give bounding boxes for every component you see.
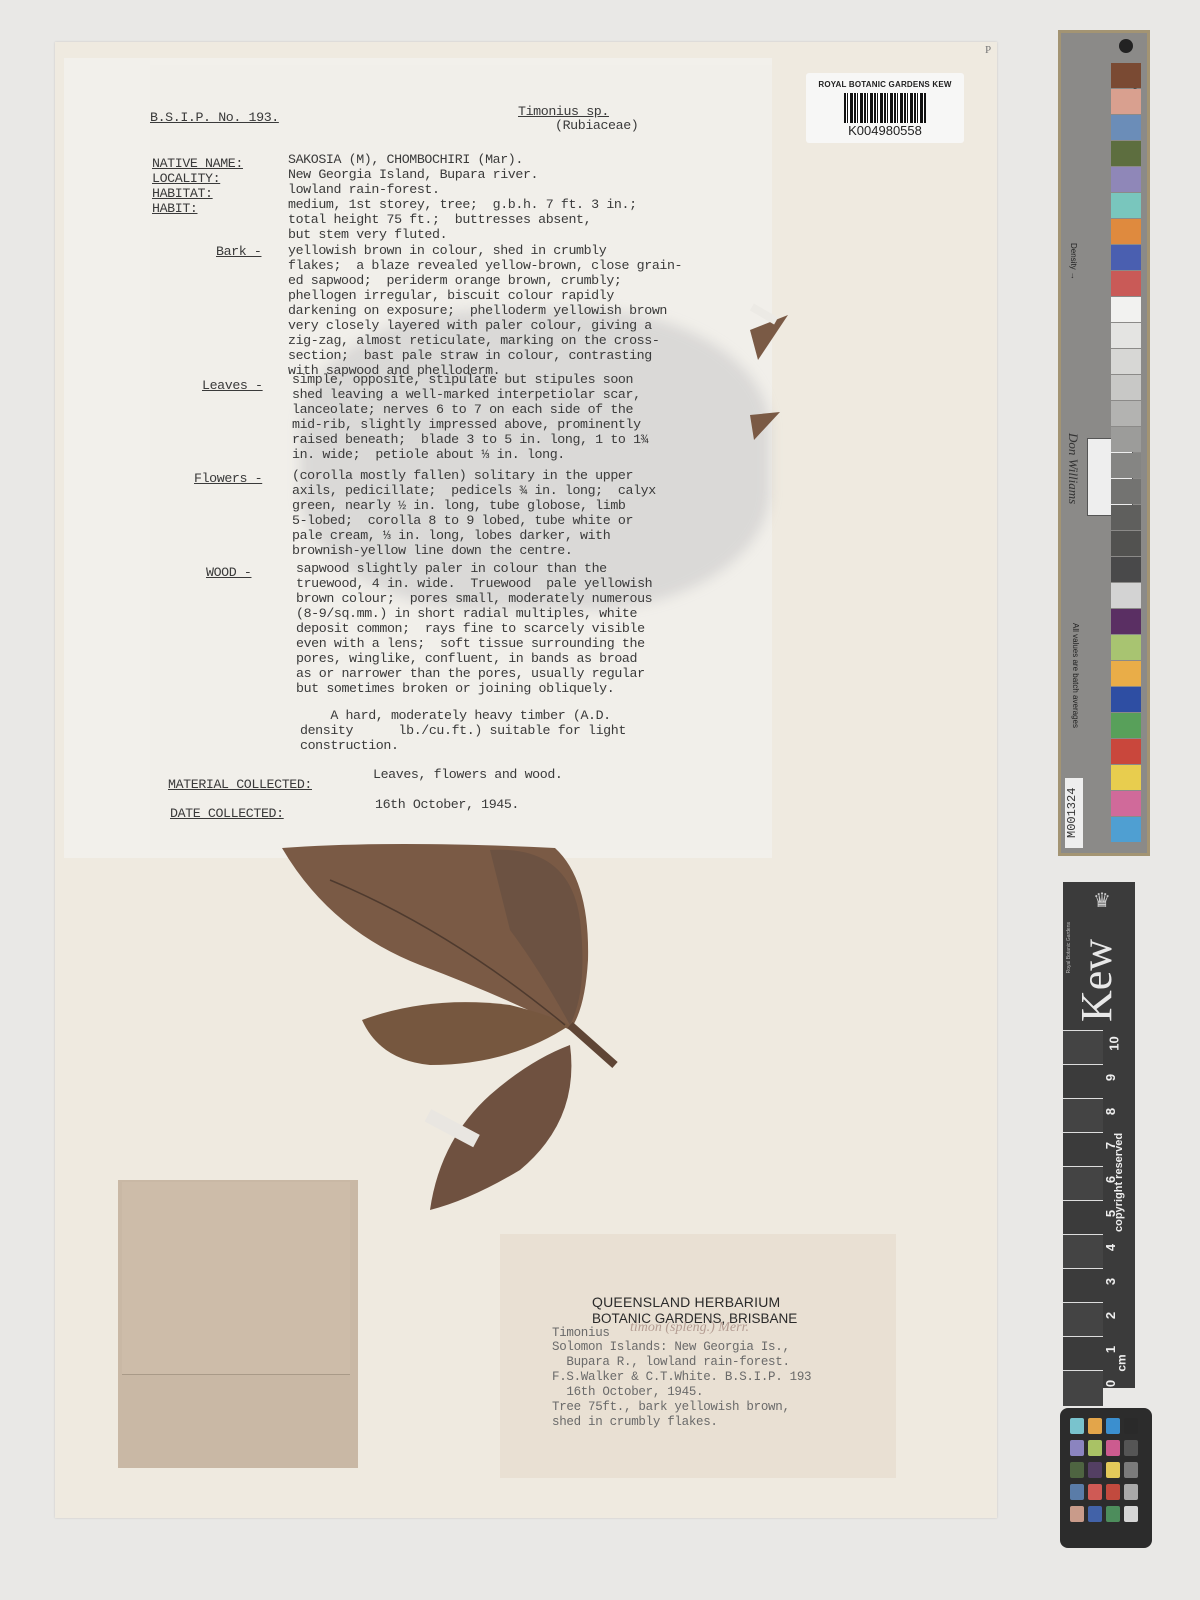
flowers-line: (corolla mostly fallen) solitary in the … — [292, 468, 633, 483]
leaves-line: mid-rib, slightly impressed above, promi… — [292, 417, 641, 432]
color-patch — [1111, 349, 1141, 374]
material-collected-label: MATERIAL COLLECTED: — [168, 777, 312, 792]
habit-line: total height 75 ft.; buttresses absent, — [288, 212, 591, 227]
bark-line: ed sapwood; periderm orange brown, crumb… — [288, 273, 622, 288]
color-patch — [1111, 401, 1141, 426]
bsip-number: B.S.I.P. No. 193. — [150, 110, 279, 125]
wood-line: truewood, 4 in. wide. Truewood pale yell… — [296, 576, 652, 591]
kew-copyright: copyright reserved — [1113, 1032, 1125, 1232]
ruler-number: 1 — [1103, 1346, 1118, 1353]
timber-line: A hard, moderately heavy timber (A.D. — [300, 708, 611, 723]
checker-patch — [1106, 1484, 1120, 1500]
checker-patch — [1106, 1506, 1120, 1522]
checker-patch — [1088, 1484, 1102, 1500]
field-value-habit: medium, 1st storey, tree; g.b.h. 7 ft. 3… — [288, 197, 637, 212]
color-patch — [1111, 271, 1141, 296]
checker-patch — [1106, 1418, 1120, 1434]
checker-grid — [1070, 1418, 1138, 1522]
color-calibration-strip: inches Density → Don Williams All values… — [1058, 30, 1150, 856]
strip-id: M001324 — [1065, 778, 1083, 848]
ruler-number: 6 — [1103, 1176, 1118, 1183]
bark-line: zig-zag, almost reticulate, marking on t… — [288, 333, 659, 348]
material-collected-value: Leaves, flowers and wood. — [373, 767, 563, 782]
bark-line: section; bast pale straw in colour, cont… — [288, 348, 652, 363]
color-patch — [1111, 687, 1141, 712]
color-patch — [1111, 609, 1141, 634]
leaves-line: shed leaving a well-marked interpetiolar… — [292, 387, 641, 402]
flowers-heading: Flowers - — [194, 471, 262, 486]
wood-line: but sometimes broken or joining obliquel… — [296, 681, 614, 696]
ruler-cell — [1063, 1166, 1103, 1202]
institution-name: ROYAL BOTANIC GARDENS KEW — [806, 80, 964, 89]
field-label-habitat: HABITAT: — [152, 186, 213, 201]
checker-patch — [1070, 1462, 1084, 1478]
kew-logo: Kew — [1071, 922, 1131, 1022]
checker-patch — [1106, 1440, 1120, 1456]
bark-line: darkening on exposure; phelloderm yellow… — [288, 303, 667, 318]
checker-patch — [1070, 1440, 1084, 1456]
date-collected-label: DATE COLLECTED: — [170, 806, 284, 821]
barcode-id: K004980558 — [806, 123, 964, 138]
strip-caption: All values are batch averages — [1071, 623, 1080, 728]
color-patch — [1111, 479, 1141, 504]
ruler-number: 10 — [1107, 1036, 1122, 1050]
wood-line: deposit common; rays fine to scarcely vi… — [296, 621, 645, 636]
color-patch — [1111, 505, 1141, 530]
color-patch — [1111, 193, 1141, 218]
color-patch — [1111, 583, 1141, 608]
ruler-number: 4 — [1103, 1244, 1118, 1251]
flowers-line: axils, pedicillate; pedicels ¾ in. long;… — [292, 483, 656, 498]
color-checker-card — [1060, 1408, 1152, 1548]
color-patch — [1111, 297, 1141, 322]
flowers-line: pale cream, ⅓ in. long, lobes darker, wi… — [292, 528, 610, 543]
ruler-cell — [1063, 1098, 1103, 1134]
wood-line: sapwood slightly paler in colour than th… — [296, 561, 607, 576]
field-label-habit: HABIT: — [152, 201, 197, 216]
checker-patch — [1070, 1506, 1084, 1522]
checker-patch — [1070, 1484, 1084, 1500]
ruler-cell — [1063, 1336, 1103, 1372]
bark-line: phellogen irregular, biscuit colour rapi… — [288, 288, 614, 303]
strip-hole-icon — [1119, 39, 1133, 53]
wood-line: brown colour; pores small, moderately nu… — [296, 591, 652, 606]
checker-patch — [1088, 1418, 1102, 1434]
wood-line: pores, winglike, confluent, in bands as … — [296, 651, 637, 666]
barcode-label: ROYAL BOTANIC GARDENS KEW K004980558 — [806, 73, 964, 143]
field-label-locality: LOCALITY: — [152, 171, 220, 186]
ruler-cell — [1063, 1064, 1103, 1100]
wood-line: (8-9/sq.mm.) in short radial multiples, … — [296, 606, 637, 621]
leaves-heading: Leaves - — [202, 378, 263, 393]
checker-patch — [1088, 1440, 1102, 1456]
ruler-number: 8 — [1103, 1108, 1118, 1115]
ql-line: Tree 75ft., bark yellowish brown, — [552, 1400, 790, 1415]
barcode-icon — [844, 93, 926, 123]
ruler-cell — [1063, 1302, 1103, 1338]
fragment-envelope — [118, 1180, 358, 1468]
color-patch — [1111, 791, 1141, 816]
ruler-cell — [1063, 1234, 1103, 1270]
strip-signature: Don Williams — [1065, 433, 1081, 504]
ql-line: F.S.Walker & C.T.White. B.S.I.P. 193 — [552, 1370, 811, 1385]
field-value-locality: New Georgia Island, Bupara river. — [288, 167, 538, 182]
color-patch — [1111, 167, 1141, 192]
checker-patch — [1124, 1418, 1138, 1434]
cm-ruler: 109876543210 — [1063, 1030, 1103, 1384]
color-patch — [1111, 453, 1141, 478]
queensland-herbarium-label: QUEENSLAND HERBARIUM BOTANIC GARDENS, BR… — [500, 1234, 896, 1478]
herbarium-heading: QUEENSLAND HERBARIUM — [592, 1294, 780, 1310]
ql-line: Bupara R., lowland rain-forest. — [552, 1355, 790, 1370]
kew-crest-icon: ♛ — [1089, 888, 1115, 914]
flowers-line: 5-lobed; corolla 8 to 9 lobed, tube whit… — [292, 513, 633, 528]
corner-mark: P — [985, 44, 991, 56]
color-patch — [1111, 635, 1141, 660]
color-patch — [1111, 557, 1141, 582]
flowers-line: green, nearly ½ in. long, tube globose, … — [292, 498, 626, 513]
color-patch — [1111, 63, 1141, 88]
leaves-line: lanceolate; nerves 6 to 7 on each side o… — [292, 402, 633, 417]
density-label: Density → — [1069, 243, 1078, 280]
ruler-number: 2 — [1103, 1312, 1118, 1319]
color-patch — [1111, 427, 1141, 452]
ruler-number: 9 — [1103, 1074, 1118, 1081]
leaves-line: in. wide; petiole about ⅓ in. long. — [292, 447, 565, 462]
leaf-tip-icon — [750, 300, 800, 450]
ql-line: shed in crumbly flakes. — [552, 1415, 718, 1430]
ql-line: 16th October, 1945. — [552, 1385, 703, 1400]
color-patch — [1111, 219, 1141, 244]
date-collected-value: 16th October, 1945. — [375, 797, 519, 812]
kew-scale-bar: ♛ Royal Botanic Gardens Kew copyright re… — [1063, 882, 1135, 1388]
field-value-native-name: SAKOSIA (M), CHOMBOCHIRI (Mar). — [288, 152, 523, 167]
color-patches — [1111, 63, 1141, 843]
wood-heading: WOOD - — [206, 565, 251, 580]
color-patch — [1111, 141, 1141, 166]
checker-patch — [1070, 1418, 1084, 1434]
checker-patch — [1124, 1484, 1138, 1500]
leaves-line: simple, opposite, stipulate but stipules… — [292, 372, 633, 387]
field-label-native-name: NATIVE NAME: — [152, 156, 243, 171]
ruler-number: 5 — [1103, 1210, 1118, 1217]
bark-line: yellowish brown in colour, shed in crumb… — [288, 243, 606, 258]
checker-patch — [1124, 1440, 1138, 1456]
ql-taxon: Timonius — [552, 1326, 610, 1341]
habit-line: but stem very fluted. — [288, 227, 447, 242]
ruler-number: 3 — [1103, 1278, 1118, 1285]
color-patch — [1111, 323, 1141, 348]
handwritten-annotation: timon (spleng.) Merr. — [630, 1320, 749, 1336]
checker-patch — [1106, 1462, 1120, 1478]
pressed-specimen-leaves-icon — [270, 820, 650, 1210]
flowers-line: brownish-yellow line down the centre. — [292, 543, 572, 558]
field-value-habitat: lowland rain-forest. — [288, 182, 440, 197]
ruler-number: 7 — [1103, 1142, 1118, 1149]
ruler-cell — [1063, 1132, 1103, 1168]
ruler-cell — [1063, 1370, 1103, 1406]
color-patch — [1111, 531, 1141, 556]
family-name: (Rubiaceae) — [555, 118, 638, 133]
color-patch — [1111, 115, 1141, 140]
checker-patch — [1124, 1462, 1138, 1478]
color-patch — [1111, 245, 1141, 270]
timber-line: density lb./cu.ft.) suitable for light — [300, 723, 626, 738]
leaves-line: raised beneath; blade 3 to 5 in. long, 1… — [292, 432, 648, 447]
ql-line: Solomon Islands: New Georgia Is., — [552, 1340, 790, 1355]
ruler-cell — [1063, 1200, 1103, 1236]
color-patch — [1111, 765, 1141, 790]
color-patch — [1111, 713, 1141, 738]
kew-unit: cm — [1115, 1354, 1129, 1371]
color-patch — [1111, 89, 1141, 114]
color-patch — [1111, 817, 1141, 842]
ruler-number: 0 — [1103, 1380, 1118, 1387]
ruler-cell — [1063, 1268, 1103, 1304]
checker-patch — [1088, 1462, 1102, 1478]
ruler-cell — [1063, 1030, 1103, 1066]
checker-patch — [1124, 1506, 1138, 1522]
wood-line: even with a lens; soft tissue surroundin… — [296, 636, 645, 651]
bark-line: very closely layered with paler colour, … — [288, 318, 652, 333]
timber-line: construction. — [300, 738, 399, 753]
bark-heading: Bark - — [216, 244, 261, 259]
color-patch — [1111, 661, 1141, 686]
bark-line: flakes; a blaze revealed yellow-brown, c… — [288, 258, 682, 273]
color-patch — [1111, 739, 1141, 764]
checker-patch — [1088, 1506, 1102, 1522]
color-patch — [1111, 375, 1141, 400]
wood-line: as or narrower than the pores, usually r… — [296, 666, 645, 681]
envelope-flap — [122, 1182, 350, 1375]
